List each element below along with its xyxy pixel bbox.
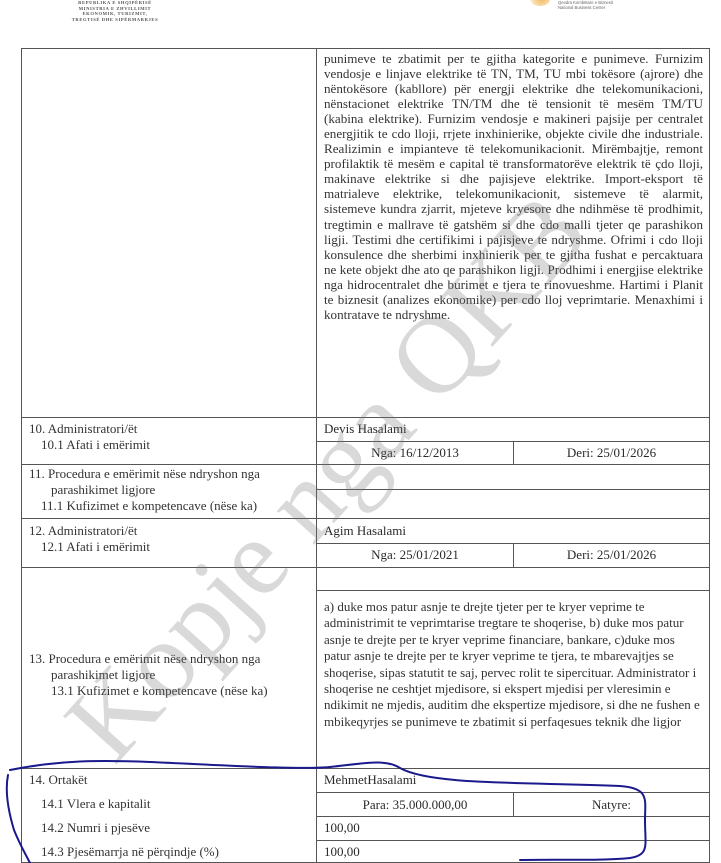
activity-cell: punimeve te zbatimit per te gjitha kateg… (317, 49, 709, 417)
activity-label-cell (22, 49, 317, 417)
capital-row: Para: 35.000.000,00 Natyre: (317, 792, 709, 817)
administrator-name: Devis Hasalami (324, 421, 407, 437)
section-10-row: 10. Administratori/ët 10.1 Afati i emëri… (22, 417, 709, 464)
logo-text: Qendra Kombëtare e Biznesit National Bus… (558, 1, 613, 11)
divider (317, 840, 709, 841)
ministry-header: REPUBLIKA E SHQIPËRISË MINISTRIA E ZHVIL… (35, 0, 195, 22)
section-10-label: 10. Administratori/ët (29, 421, 137, 436)
section-11-value-cell (317, 465, 709, 518)
section-11-label: 11. Procedura e emërimit nëse ndryshon n… (29, 466, 260, 481)
percentage-label: 14.3 Pjesëmarrja në përqindje (%) (41, 844, 219, 859)
section-12-sublabel: 12.1 Afati i emërimit (41, 539, 150, 554)
section-13-label-cont: parashikimet ligjore (51, 667, 155, 682)
section-13-label: 13. Procedura e emërimit nëse ndryshon n… (29, 651, 260, 666)
section-12-label-cell: 12. Administratori/ët 12.1 Afati i emëri… (22, 519, 317, 567)
section-13-value-cell: a) duke mos patur asnje te drejte tjeter… (317, 568, 709, 768)
term-to: Deri: 25/01/2026 (514, 547, 709, 563)
logo-icon (530, 0, 550, 6)
term-from: Nga: 25/01/2021 (317, 547, 513, 563)
capital-in-kind: Natyre: (514, 797, 709, 813)
logo-line: National Business Center (558, 6, 613, 11)
term-row: Nga: 16/12/2013 Deri: 25/01/2026 (317, 441, 709, 464)
section-12-value-cell: Agim Hasalami Nga: 25/01/2021 Deri: 25/0… (317, 519, 709, 567)
shares-value: 100,00 (324, 820, 360, 836)
activity-row: punimeve te zbatimit per te gjitha kateg… (22, 49, 709, 417)
qkb-logo: Qendra Kombëtare e Biznesit National Bus… (530, 0, 670, 18)
activity-text: punimeve te zbatimit per te gjitha kateg… (324, 51, 703, 322)
header-line: TREGTISË DHE SIPËRMARRJES (35, 17, 195, 23)
section-13-label-cell: 13. Procedura e emërimit nëse ndryshon n… (22, 568, 317, 768)
section-13-row: 13. Procedura e emërimit nëse ndryshon n… (22, 567, 709, 768)
section-14-label-cell: 14. Ortakët 14.1 Vlera e kapitalit 14.2 … (22, 769, 317, 863)
partner-name: MehmetHasalami (324, 772, 416, 788)
term-from: Nga: 16/12/2013 (317, 445, 513, 461)
section-13-sublabel: 13.1 Kufizimet e kompetencave (nëse ka) (51, 683, 268, 698)
section-10-sublabel: 10.1 Afati i emërimit (41, 437, 150, 452)
section-11-sublabel: 11.1 Kufizimet e kompetencave (nëse ka) (41, 498, 257, 513)
section-12-row: 12. Administratori/ët 12.1 Afati i emëri… (22, 518, 709, 567)
section-14-row: 14. Ortakët 14.1 Vlera e kapitalit 14.2 … (22, 768, 709, 863)
percentage-value: 100,00 (324, 844, 360, 860)
section-10-label-cell: 10. Administratori/ët 10.1 Afati i emëri… (22, 418, 317, 464)
divider (317, 489, 709, 490)
term-row: Nga: 25/01/2021 Deri: 25/01/2026 (317, 543, 709, 567)
competence-restrictions: a) duke mos patur asnje te drejte tjeter… (324, 599, 703, 730)
shares-label: 14.2 Numri i pjesëve (41, 820, 150, 835)
section-10-value-cell: Devis Hasalami Nga: 16/12/2013 Deri: 25/… (317, 418, 709, 464)
capital-money: Para: 35.000.000,00 (317, 797, 513, 813)
divider (317, 816, 709, 817)
section-11-label-cell: 11. Procedura e emërimit nëse ndryshon n… (22, 465, 317, 518)
section-12-label: 12. Administratori/ët (29, 523, 137, 538)
capital-label: 14.1 Vlera e kapitalit (41, 796, 151, 811)
section-11-row: 11. Procedura e emërimit nëse ndryshon n… (22, 464, 709, 518)
term-to: Deri: 25/01/2026 (514, 445, 709, 461)
administrator-name: Agim Hasalami (324, 523, 406, 539)
section-11-label-cont: parashikimet ligjore (51, 482, 155, 497)
divider (317, 590, 709, 591)
registry-table: punimeve te zbatimit per te gjitha kateg… (21, 48, 710, 863)
section-14-label: 14. Ortakët (29, 772, 87, 787)
section-14-value-cell: MehmetHasalami Para: 35.000.000,00 Natyr… (317, 769, 709, 863)
